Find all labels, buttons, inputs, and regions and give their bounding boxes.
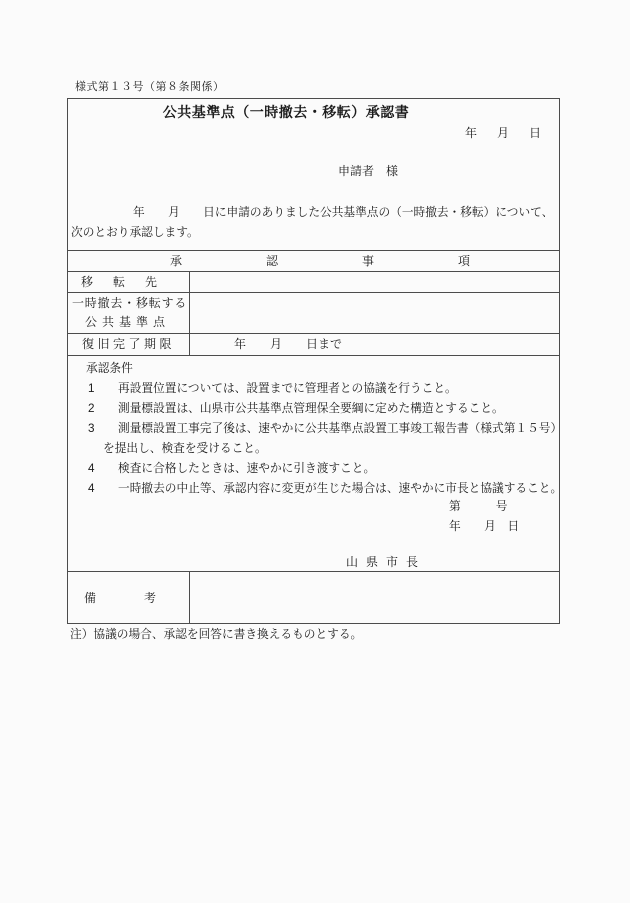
condition-item: 4一時撤去の中止等、承認内容に変更が生じた場合は、速やかに市長と協議すること。 xyxy=(68,479,559,499)
condition-item: 4検査に合格したときは、速やかに引き渡すこと。 xyxy=(68,459,559,479)
applicant-line: 申請者 様 xyxy=(338,162,398,179)
condition-item-text: 測量標設置は、山県市公共基準点管理保全要綱に定めた構造とすること。 xyxy=(118,402,504,415)
form-header-section: 公共基準点（一時撤去・移転）承認書 年 月 日 申請者 様 年 月 日に申請のあ… xyxy=(68,99,559,250)
condition-item: 3測量標設置工事完了後は、速やかに公共基準点設置工事竣工報告書（様式第１５号） xyxy=(68,419,559,439)
approval-items-header: 承 認 事 項 xyxy=(68,250,559,271)
restore-deadline-label: 復旧完了期限 xyxy=(68,334,190,355)
relocation-destination-row: 移転先 xyxy=(68,271,559,292)
condition-item: 1再設置位置については、設置までに管理者との協議を行うこと。 xyxy=(68,379,559,399)
footnote: 注）協議の場合、承認を回答に書き換えるものとする。 xyxy=(70,626,362,642)
conditions-heading: 承認条件 xyxy=(86,359,133,379)
condition-item-text: 測量標設置工事完了後は、速やかに公共基準点設置工事竣工報告書（様式第１５号） xyxy=(118,422,562,435)
date-line-top: 年 月 日 xyxy=(465,124,545,141)
temp-removal-point-row: 一時撤去・移転する 公共基準点 xyxy=(68,292,559,333)
restore-deadline-row: 復旧完了期限 年 月 日まで xyxy=(68,333,559,355)
temp-removal-label-line-1: 一時撤去・移転する xyxy=(68,294,189,313)
issue-date-line: 年 月 日 xyxy=(449,517,519,537)
remarks-value xyxy=(190,572,559,623)
temp-removal-point-value xyxy=(190,293,559,333)
condition-item-text: 一時撤去の中止等、承認内容に変更が生じた場合は、速やかに市長と協議すること。 xyxy=(118,482,562,495)
condition-item-number: 3 xyxy=(88,419,118,439)
condition-item-number: 1 xyxy=(88,379,118,399)
remarks-row: 備 考 xyxy=(68,571,559,623)
restore-deadline-value: 年 月 日まで xyxy=(190,334,559,355)
form-title: 公共基準点（一時撤去・移転）承認書 xyxy=(68,102,504,122)
temp-removal-label-line-2: 公共基準点 xyxy=(68,313,189,332)
approval-statement: 年 月 日に申請のありました公共基準点の（一時撤去・移転）について、 次のとおり… xyxy=(71,203,559,243)
condition-item-number: 4 xyxy=(88,479,118,499)
remarks-label: 備 考 xyxy=(68,572,190,623)
condition-item-text: 検査に合格したときは、速やかに引き渡すこと。 xyxy=(118,462,375,475)
condition-item-text: 再設置位置については、設置までに管理者との協議を行うこと。 xyxy=(118,382,457,395)
approval-statement-line-1: 年 月 日に申請のありました公共基準点の（一時撤去・移転）について、 xyxy=(71,203,559,223)
temp-removal-point-label: 一時撤去・移転する 公共基準点 xyxy=(68,293,190,333)
document-page: 様式第１３号（第８条関係） 公共基準点（一時撤去・移転）承認書 年 月 日 申請… xyxy=(0,0,630,903)
mayor-signature: 山県市長 xyxy=(346,552,426,572)
condition-item-continuation: を提出し、検査を受けること。 xyxy=(68,439,559,459)
issue-number-line: 第 号 xyxy=(449,497,507,517)
relocation-destination-label: 移転先 xyxy=(68,272,190,292)
form-number-label: 様式第１３号（第８条関係） xyxy=(75,78,225,94)
approval-statement-line-2: 次のとおり承認します。 xyxy=(71,223,559,243)
relocation-destination-value xyxy=(190,272,559,292)
conditions-list: 1再設置位置については、設置までに管理者との協議を行うこと。2測量標設置は、山県… xyxy=(68,379,559,499)
condition-item: 2測量標設置は、山県市公共基準点管理保全要綱に定めた構造とすること。 xyxy=(68,399,559,419)
condition-item-number: 2 xyxy=(88,399,118,419)
condition-item-number: 4 xyxy=(88,459,118,479)
approval-form-table: 公共基準点（一時撤去・移転）承認書 年 月 日 申請者 様 年 月 日に申請のあ… xyxy=(67,98,560,624)
approval-conditions-section: 承認条件 1再設置位置については、設置までに管理者との協議を行うこと。2測量標設… xyxy=(68,355,559,571)
